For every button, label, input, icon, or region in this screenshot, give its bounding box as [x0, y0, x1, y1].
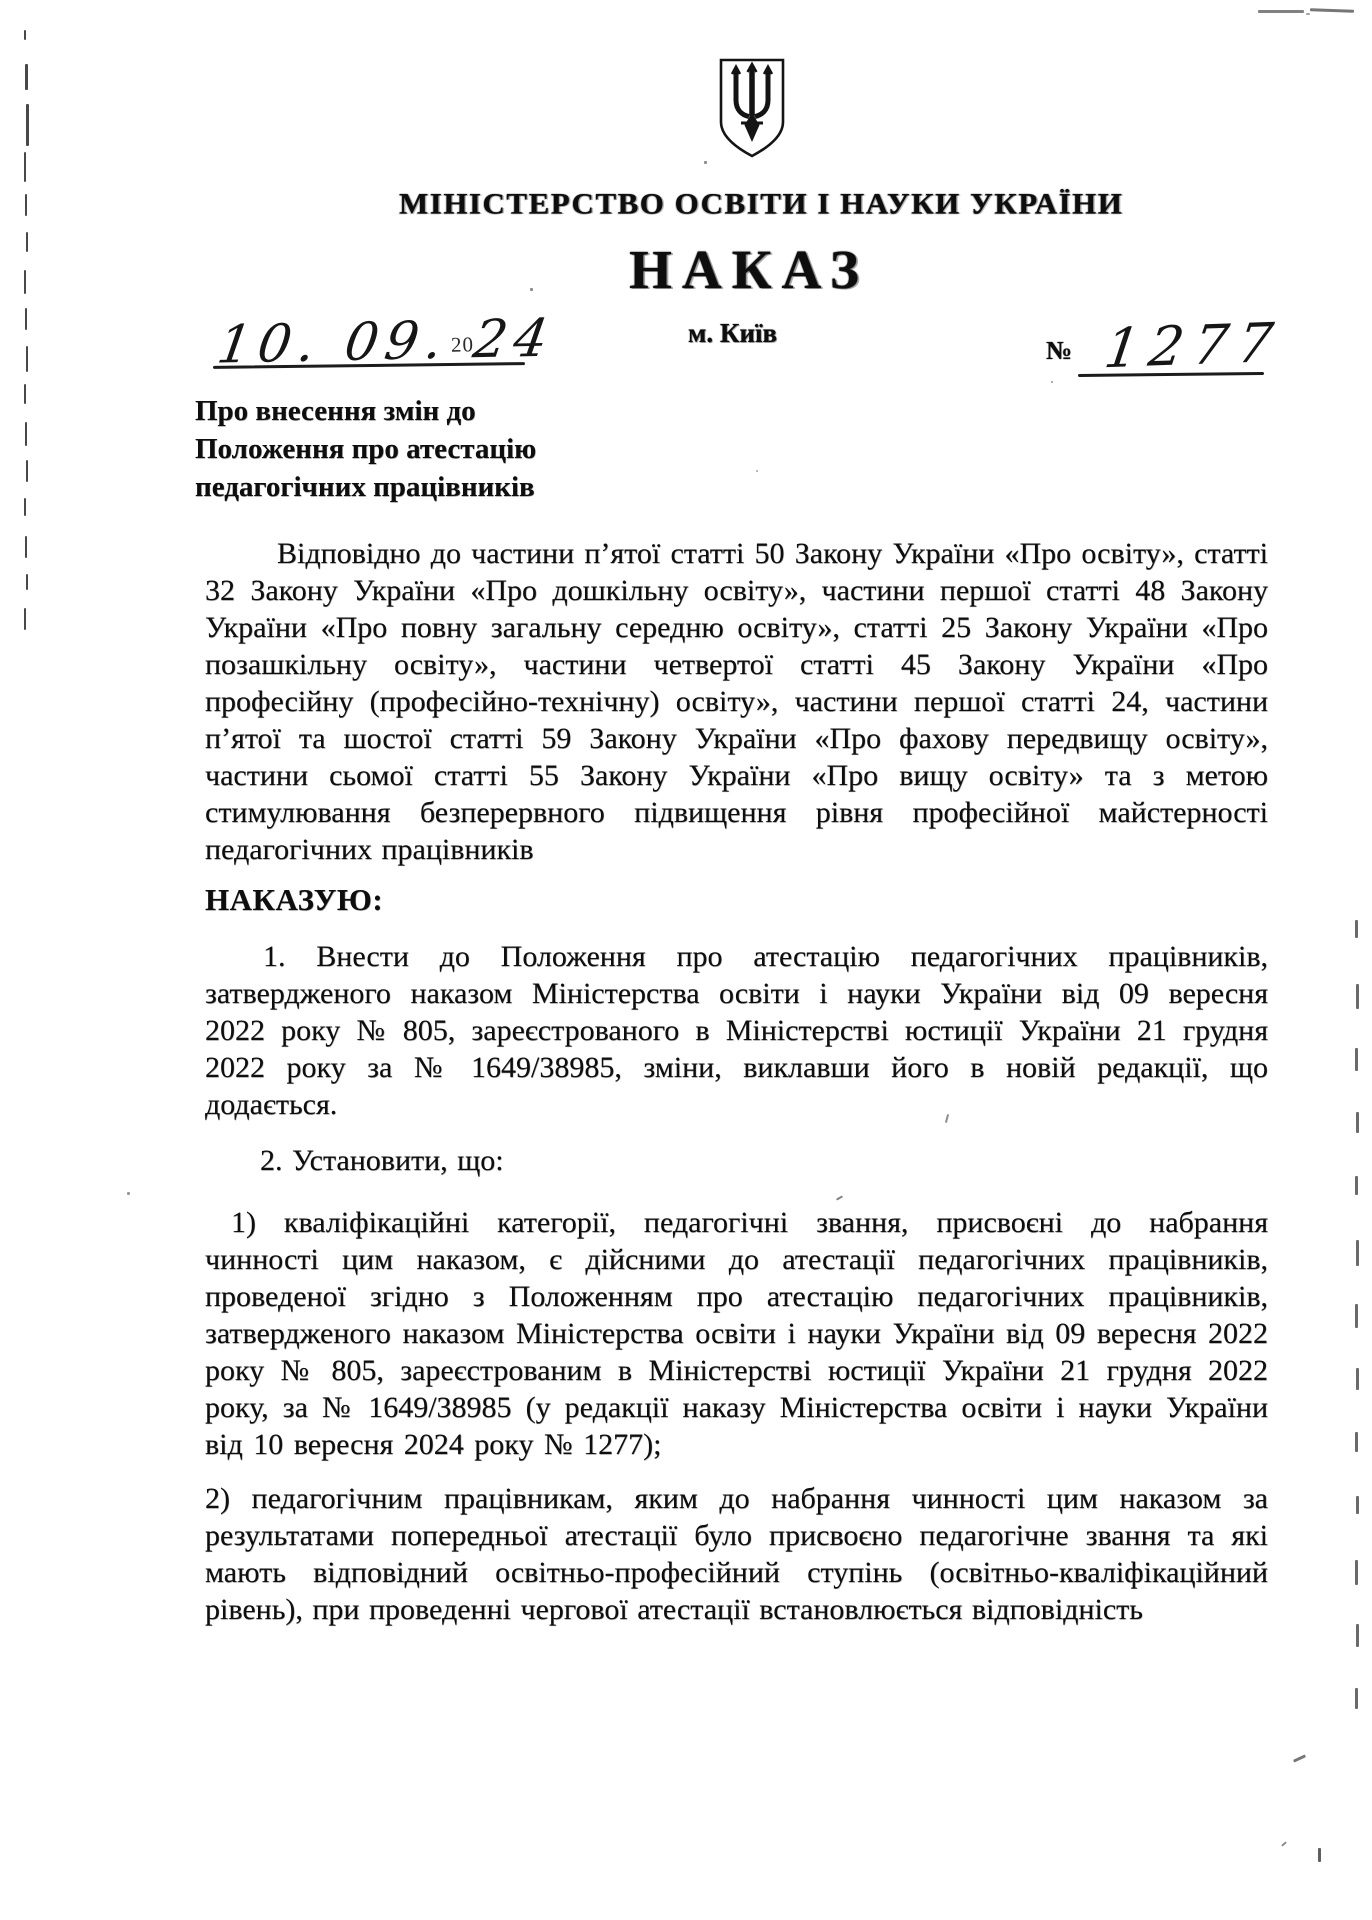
subject-line: педагогічних працівників	[195, 468, 655, 506]
order-number-field: 1277	[1104, 311, 1284, 380]
scan-mark	[25, 194, 27, 216]
order-item-2-subitem-2: 2) педагогічним працівникам, яким до наб…	[205, 1480, 1268, 1628]
city-label: м. Київ	[688, 318, 777, 349]
scan-mark	[1310, 8, 1354, 13]
subject-block: Про внесення змін до Положення про атест…	[195, 392, 655, 506]
order-item-1: 1. Внести до Положення про атестацію пед…	[205, 938, 1268, 1123]
year-preprint: 20	[451, 332, 474, 356]
scan-mark	[127, 1192, 130, 1195]
scan-mark	[1355, 1176, 1358, 1195]
scan-mark	[26, 104, 29, 146]
scan-mark	[1356, 1112, 1359, 1133]
scan-mark	[1356, 1368, 1359, 1390]
order-heading: НАКАЗУЮ:	[205, 882, 383, 918]
scan-mark	[1356, 1496, 1359, 1514]
scan-mark	[26, 346, 28, 372]
scan-mark	[25, 64, 28, 90]
scan-mark	[1356, 984, 1359, 1009]
number-sign: №	[1046, 336, 1072, 366]
scan-mark	[1306, 13, 1310, 15]
scan-mark	[1356, 1240, 1359, 1266]
subject-line: Положення про атестацію	[195, 430, 655, 468]
scan-mark	[24, 152, 26, 182]
scan-mark	[1258, 10, 1304, 13]
scan-mark	[1355, 1304, 1358, 1328]
scan-mark	[26, 232, 28, 252]
scan-mark	[756, 470, 758, 472]
scan-mark	[1355, 920, 1358, 938]
scan-mark	[1051, 381, 1053, 383]
order-item-2: 2. Установити, що:	[205, 1142, 1268, 1179]
scan-mark	[1356, 1624, 1359, 1647]
scan-mark	[25, 536, 27, 558]
scan-mark	[25, 308, 27, 330]
subject-line: Про внесення змін до	[195, 392, 655, 430]
scan-mark	[1355, 1432, 1358, 1452]
preamble-paragraph: Відповідно до частини п’ятої статті 50 З…	[205, 535, 1268, 868]
year-handwritten: 24	[469, 308, 558, 370]
scan-mark	[1355, 1048, 1358, 1071]
scan-mark	[25, 422, 27, 446]
scan-mark	[836, 1195, 843, 1200]
scan-mark	[1281, 1841, 1287, 1846]
ministry-name: МІНІСТЕРСТВО ОСВІТИ І НАУКИ УКРАЇНИ	[399, 187, 1099, 222]
scanned-order-page: МІНІСТЕРСТВО ОСВІТИ І НАУКИ УКРАЇНИ НАКА…	[0, 0, 1372, 1920]
order-item-2-subitem-1: 1) кваліфікаційні категорії, педагогічні…	[205, 1204, 1268, 1463]
scan-mark	[1293, 1754, 1306, 1762]
scan-mark	[24, 498, 26, 516]
ukraine-trident-emblem-icon	[714, 56, 790, 160]
scan-mark	[530, 288, 533, 291]
scan-mark	[26, 460, 28, 482]
scan-mark	[24, 608, 26, 630]
scan-mark	[24, 30, 26, 40]
scan-mark	[24, 270, 26, 294]
order-number-handwritten: 1277	[1101, 311, 1287, 381]
scan-mark	[704, 161, 707, 164]
scan-mark	[26, 574, 28, 590]
scan-mark	[1355, 1688, 1358, 1709]
scan-mark	[1355, 1560, 1358, 1585]
document-type-title: НАКАЗ	[399, 238, 1099, 301]
scan-mark	[24, 384, 26, 404]
scan-mark	[1318, 1848, 1321, 1862]
